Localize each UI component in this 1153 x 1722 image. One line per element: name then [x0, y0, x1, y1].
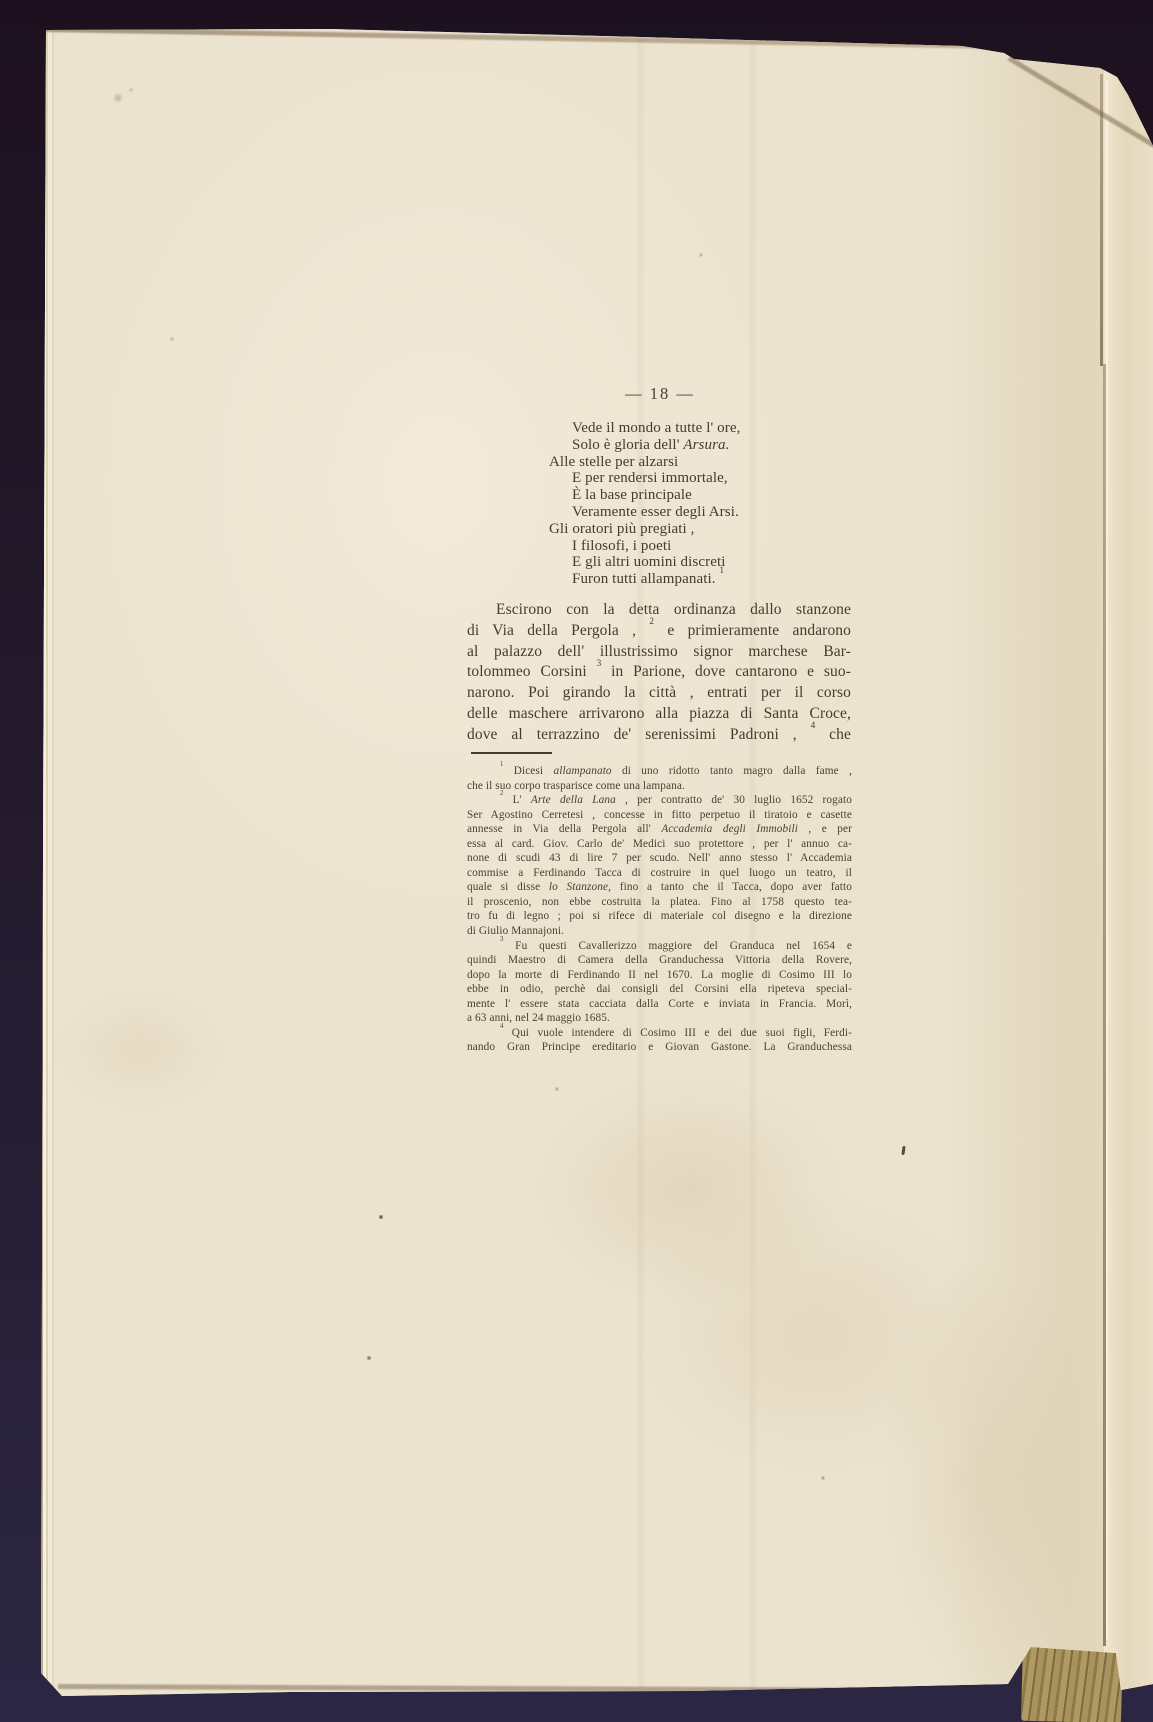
footnote-1: 1 Dicesi allampanato di uno ridotto tant…: [467, 764, 852, 793]
text-line: 1 Dicesi allampanato di uno ridotto tant…: [467, 764, 852, 779]
text-segment: in Parione, dove cantarono e suo-: [601, 663, 851, 680]
text-line: Ser Agostino Cerretesi , concesse in fit…: [467, 808, 852, 823]
text-segment: none di scudi 43 di lire 7 per scudo. Ne…: [467, 852, 852, 864]
text-segment: narono. Poi girando la città , entrati p…: [467, 684, 851, 701]
text-line: essa al card. Giov. Carlo de' Medici suo…: [467, 837, 852, 852]
text-segment: Vede il mondo a tutte l' ore,: [572, 420, 740, 436]
text-segment: al palazzo dell' illustrissimo signor ma…: [467, 643, 851, 660]
text-segment: e primieramente andarono: [654, 622, 851, 639]
text-line: nando Gran Principe ereditario e Giovan …: [467, 1040, 852, 1055]
footnote-3: 3 Fu questi Cavallerizzo maggiore del Gr…: [467, 939, 852, 1026]
text-segment: annesse in Via della Pergola all': [467, 823, 661, 835]
text-line: delle maschere arrivarono alla piazza di…: [467, 704, 851, 725]
footnote-2: 2 L' Arte della Lana , per contratto de'…: [467, 793, 852, 938]
footnote-marker: 3: [500, 936, 503, 943]
text-segment: che: [815, 726, 851, 743]
text-segment: essa al card. Giov. Carlo de' Medici suo…: [467, 838, 852, 850]
text-line: E gli altri uomini discreti: [549, 554, 849, 571]
text-segment: Accademia degli Immobili: [661, 823, 798, 835]
text-segment: Escirono con la detta ordinanza dallo st…: [496, 601, 851, 618]
text-line: 3 Fu questi Cavallerizzo maggiore del Gr…: [467, 939, 852, 954]
text-segment: di uno ridotto tanto magro dalla fame ,: [612, 765, 852, 777]
text-segment: Solo è gloria dell': [572, 437, 683, 453]
text-line: annesse in Via della Pergola all' Accade…: [467, 822, 852, 837]
text-segment: mente l' essere stata cacciata dalla Cor…: [467, 998, 852, 1010]
text-segment: ebbe in odio, perchè dai consigli del Co…: [467, 983, 852, 995]
text-segment: E per rendersi immortale,: [572, 470, 728, 486]
footnotes-block: 1 Dicesi allampanato di uno ridotto tant…: [467, 764, 852, 1055]
text-segment: dopo la morte di Ferdinando II nel 1670.…: [467, 969, 852, 981]
text-line: tolommeo Corsini 3 in Parione, dove cant…: [467, 662, 851, 683]
text-line: E per rendersi immortale,: [549, 470, 849, 487]
text-segment: allampanato: [553, 765, 611, 777]
text-segment: Arte della Lana: [531, 794, 616, 806]
page-number: — 18 —: [468, 384, 852, 404]
body-paragraph: Escirono con la detta ordinanza dallo st…: [467, 600, 851, 746]
footnote-4: 4 Qui vuole intendere di Cosimo III e de…: [467, 1026, 852, 1055]
text-segment: di Via della Pergola ,: [467, 622, 649, 639]
text-line: il proscenio, non ebbe costruita la plat…: [467, 895, 852, 910]
text-line: Alle stelle per alzarsi: [549, 454, 849, 471]
text-line: Gli oratori più pregiati ,: [549, 521, 849, 538]
text-line: Furon tutti allampanati. 1: [549, 571, 849, 588]
text-segment: nando Gran Principe ereditario e Giovan …: [467, 1041, 852, 1053]
text-segment: fino a tanto che il Tacca, dopo aver fat…: [611, 881, 852, 893]
text-segment: E gli altri uomini discreti: [572, 554, 726, 570]
footnote-separator-rule: [471, 752, 552, 754]
footnote-marker: 2: [500, 790, 503, 797]
text-line: dove al terrazzino de' serenissimi Padro…: [467, 725, 851, 746]
poem-block: Vede il mondo a tutte l' ore,Solo è glor…: [549, 420, 849, 588]
text-segment: quindi Maestro di Camera della Granduche…: [467, 954, 852, 966]
text-segment: , e per: [798, 823, 852, 835]
text-segment: il proscenio, non ebbe costruita la plat…: [467, 896, 852, 908]
text-segment: È la base principale: [572, 487, 692, 503]
text-segment: tolommeo Corsini: [467, 663, 597, 680]
text-line: che il suo corpo trasparisce come una la…: [467, 779, 852, 794]
text-segment: , per contratto de' 30 luglio 1652 rogat…: [616, 794, 852, 806]
text-line: Solo è gloria dell' Arsura.: [549, 437, 849, 454]
text-line: quindi Maestro di Camera della Granduche…: [467, 953, 852, 968]
book-photo-background: — 18 — Vede il mondo a tutte l' ore,Solo…: [0, 0, 1153, 1722]
text-segment: Dicesi: [503, 765, 553, 777]
text-line: Vede il mondo a tutte l' ore,: [549, 420, 849, 437]
text-segment: Qui vuole intendere di Cosimo III e dei …: [503, 1027, 852, 1039]
text-line: tro fu di legno ; poi si rifece di mater…: [467, 909, 852, 924]
text-segment: L': [503, 794, 531, 806]
text-line: di Giulio Mannajoni.: [467, 924, 852, 939]
text-segment: di Giulio Mannajoni.: [467, 925, 564, 937]
footnote-marker: 4: [811, 721, 816, 731]
text-line: di Via della Pergola , 2 e primieramente…: [467, 621, 851, 642]
text-line: a 63 anni, nel 24 maggio 1685.: [467, 1011, 852, 1026]
text-segment: Arsura.: [683, 437, 729, 453]
text-line: Escirono con la detta ordinanza dallo st…: [467, 600, 851, 621]
text-line: mente l' essere stata cacciata dalla Cor…: [467, 997, 852, 1012]
text-segment: Furon tutti allampanati.: [572, 571, 719, 587]
text-line: Veramente esser degli Arsi.: [549, 504, 849, 521]
text-line: È la base principale: [549, 487, 849, 504]
footnote-marker: 4: [500, 1023, 503, 1030]
text-segment: Fu questi Cavallerizzo maggiore del Gran…: [503, 940, 852, 952]
book-page: — 18 — Vede il mondo a tutte l' ore,Solo…: [0, 0, 1153, 1722]
text-segment: dove al terrazzino de' serenissimi Padro…: [467, 726, 811, 743]
footnote-marker: 2: [649, 617, 654, 627]
footnote-marker: 1: [500, 761, 503, 768]
text-line: dopo la morte di Ferdinando II nel 1670.…: [467, 968, 852, 983]
text-segment: tro fu di legno ; poi si rifece di mater…: [467, 910, 852, 922]
text-segment: Gli oratori più pregiati ,: [549, 521, 694, 537]
text-line: quale si disse lo Stanzone, fino a tanto…: [467, 880, 852, 895]
text-line: 2 L' Arte della Lana , per contratto de'…: [467, 793, 852, 808]
text-line: I filosofi, i poeti: [549, 538, 849, 555]
footnote-marker: 3: [597, 659, 602, 669]
text-segment: quale si disse: [467, 881, 549, 893]
paper-specks: [0, 0, 2, 2]
text-line: narono. Poi girando la città , entrati p…: [467, 683, 851, 704]
book-board-corner: [1021, 1641, 1123, 1722]
text-segment: Ser Agostino Cerretesi , concesse in fit…: [467, 809, 852, 821]
text-line: none di scudi 43 di lire 7 per scudo. Ne…: [467, 851, 852, 866]
text-segment: Alle stelle per alzarsi: [549, 454, 678, 470]
footnote-marker: 1: [719, 565, 724, 575]
text-segment: a 63 anni, nel 24 maggio 1685.: [467, 1012, 610, 1024]
text-line: al palazzo dell' illustrissimo signor ma…: [467, 642, 851, 663]
text-segment: delle maschere arrivarono alla piazza di…: [467, 705, 851, 722]
text-segment: Veramente esser degli Arsi.: [572, 504, 739, 520]
text-segment: lo Stanzone,: [549, 881, 611, 893]
text-line: ebbe in odio, perchè dai consigli del Co…: [467, 982, 852, 997]
text-line: 4 Qui vuole intendere di Cosimo III e de…: [467, 1026, 852, 1041]
text-segment: commise a Ferdinando Tacca di costruire …: [467, 867, 852, 879]
text-line: commise a Ferdinando Tacca di costruire …: [467, 866, 852, 881]
text-segment: I filosofi, i poeti: [572, 538, 671, 554]
